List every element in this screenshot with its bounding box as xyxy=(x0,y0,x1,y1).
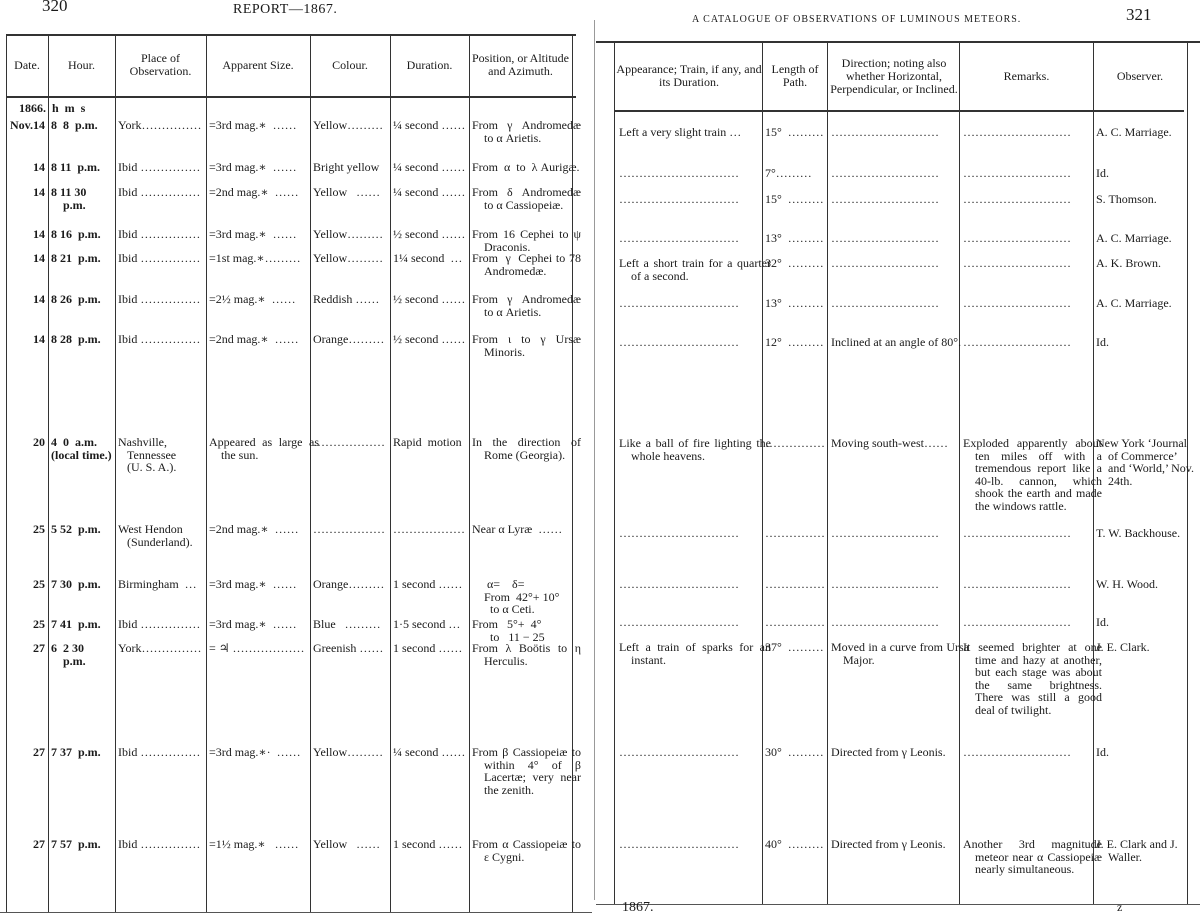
right-header-3: Remarks. xyxy=(960,44,1093,108)
left-cell-place: West Hendon (Sunderland). xyxy=(118,523,203,548)
left-cell-place: Nashville, Tennessee (U. S. A.). xyxy=(118,436,203,474)
right-cell-length: 32° ……… xyxy=(765,257,837,270)
left-header-label: Position, or Altitude and Azimuth. xyxy=(469,52,572,78)
right-cell-appearance: ………………………… xyxy=(619,167,759,180)
right-cell-direction: ……………………… xyxy=(831,257,957,270)
hour-units: h m s xyxy=(52,102,112,115)
right-cell-direction: ……………………… xyxy=(831,297,957,310)
header-bottom-rule xyxy=(6,96,576,98)
left-cell-place: Ibid …………… xyxy=(118,333,203,346)
left-cell-position: From 5°+ 4° to 11 − 25 xyxy=(472,618,581,643)
right-cell-observer: J. E. Clark. xyxy=(1096,641,1196,654)
left-cell-size: =2½ mag.∗ …… xyxy=(209,293,307,306)
left-cell-date: 27 xyxy=(9,746,45,759)
left-cell-position: From 16 Cephei to ψ Draconis. xyxy=(472,228,581,253)
right-header-label: Length of Path. xyxy=(762,63,828,89)
right-header-label: Direction; noting also whether Horizonta… xyxy=(828,57,960,96)
left-cell-size: =3rd mag.∗ …… xyxy=(209,618,307,631)
left-cell-colour: Yellow……… xyxy=(313,119,387,132)
right-header-label: Appearance; Train, if any, and its Durat… xyxy=(616,63,762,89)
left-cell-duration: ¼ second …… xyxy=(393,119,466,132)
right-cell-direction: Inclined at an angle of 80°. xyxy=(831,336,969,349)
running-head-right: A CATALOGUE OF OBSERVATIONS OF LUMINOUS … xyxy=(692,10,1021,26)
left-cell-duration: 1 second …… xyxy=(393,578,466,591)
right-cell-length: 40° ……… xyxy=(765,838,837,851)
left-cell-date: 14 xyxy=(9,186,45,199)
table-top-rule-right xyxy=(596,41,1200,43)
left-cell-duration: 1 second …… xyxy=(393,838,466,851)
right-cell-appearance: ………………………… xyxy=(619,336,759,349)
right-cell-length: …………… xyxy=(765,578,825,591)
right-cell-appearance: ………………………… xyxy=(619,838,759,851)
right-cell-direction: Directed from γ Leonis. xyxy=(831,838,969,851)
right-header-label: Remarks. xyxy=(1004,70,1050,83)
left-cell-duration: ½ second …… xyxy=(393,333,466,346)
right-cell-observer: New York ‘Journal of Commerce’ and ‘Worl… xyxy=(1096,437,1196,487)
left-cell-place: York…………… xyxy=(118,119,203,132)
left-cell-colour: Yellow……… xyxy=(313,228,387,241)
left-cell-hour: 7 57 p.m. xyxy=(51,838,112,851)
right-header-0: Appearance; Train, if any, and its Durat… xyxy=(616,44,762,108)
left-cell-size: =3rd mag.∗· …… xyxy=(209,746,307,759)
left-cell-date: Nov.14 xyxy=(9,119,45,132)
right-cell-remarks: ……………………… xyxy=(963,336,1090,349)
left-cell-size: Appeared as large as the sun. xyxy=(209,436,319,461)
left-column-rule xyxy=(115,34,116,912)
table-bottom-rule-right xyxy=(596,904,1200,905)
right-cell-observer: A. C. Marriage. xyxy=(1096,297,1196,310)
left-cell-hour: 7 30 p.m. xyxy=(51,578,112,591)
right-cell-length: 13° ……… xyxy=(765,297,837,310)
left-header-label: Colour. xyxy=(332,59,368,72)
left-cell-hour: 8 8 p.m. xyxy=(51,119,112,132)
right-cell-appearance: ………………………… xyxy=(619,527,759,540)
left-header-label: Date. xyxy=(14,59,40,72)
right-cell-appearance: Left a train of sparks for an instant. xyxy=(619,641,771,666)
year-label: 1866. xyxy=(10,102,46,115)
right-cell-appearance: ………………………… xyxy=(619,232,759,245)
left-cell-colour: Orange……… xyxy=(313,578,387,591)
right-cell-observer: A. C. Marriage. xyxy=(1096,232,1196,245)
left-cell-colour: Blue ……… xyxy=(313,618,387,631)
left-header-3: Apparent Size. xyxy=(206,36,310,94)
left-cell-place: Ibid …………… xyxy=(118,293,203,306)
left-header-5: Duration. xyxy=(390,36,469,94)
left-cell-colour: ……………… xyxy=(313,523,387,536)
right-cell-observer: Id. xyxy=(1096,336,1196,349)
left-cell-position: From λ Boötis to η Herculis. xyxy=(472,642,581,667)
left-cell-duration: ¼ second …… xyxy=(393,746,466,759)
right-cell-direction: ……………………… xyxy=(831,578,957,591)
left-cell-size: =3rd mag.∗ …… xyxy=(209,578,307,591)
right-cell-length: 15° ……… xyxy=(765,193,837,206)
left-cell-colour: Bright yellow xyxy=(313,161,387,174)
right-cell-remarks: ……………………… xyxy=(963,746,1090,759)
right-cell-length: …………… xyxy=(765,616,825,629)
left-cell-colour: Yellow……… xyxy=(313,252,387,265)
right-cell-appearance: Like a ball of fire lighting the whole h… xyxy=(619,437,771,462)
left-cell-position: From ι to γ Ursæ Minoris. xyxy=(472,333,581,358)
signature-year: 1867. xyxy=(622,900,654,916)
left-cell-place: Ibid …………… xyxy=(118,186,203,199)
left-cell-hour: 8 11 30 p.m. xyxy=(51,186,112,211)
left-cell-colour: Yellow …… xyxy=(313,186,387,199)
left-cell-position: From α to λ Aurigæ. xyxy=(472,161,581,174)
left-cell-place: Ibid …………… xyxy=(118,618,203,631)
right-cell-appearance: ………………………… xyxy=(619,616,759,629)
left-cell-hour: 4 0 a.m. (local time.) xyxy=(51,436,112,461)
left-cell-place: York…………… xyxy=(118,642,203,655)
left-column-rule xyxy=(6,34,7,912)
left-cell-size: =1st mag.∗……… xyxy=(209,252,307,265)
left-cell-hour: 8 11 p.m. xyxy=(51,161,112,174)
right-column-rule xyxy=(762,41,763,904)
left-cell-date: 14 xyxy=(9,293,45,306)
left-cell-colour: Orange……… xyxy=(313,333,387,346)
right-cell-remarks: ……………………… xyxy=(963,167,1090,180)
left-cell-hour: 8 16 p.m. xyxy=(51,228,112,241)
left-column-rule xyxy=(206,34,207,912)
left-header-label: Place of Observation. xyxy=(115,52,206,78)
left-cell-size: =3rd mag.∗ …… xyxy=(209,228,307,241)
left-cell-date: 14 xyxy=(9,333,45,346)
left-cell-date: 25 xyxy=(9,618,45,631)
left-cell-hour: 7 41 p.m. xyxy=(51,618,112,631)
signature-mark: z xyxy=(1117,900,1122,915)
left-cell-duration: ¼ second …… xyxy=(393,186,466,199)
right-cell-remarks: ……………………… xyxy=(963,297,1090,310)
right-cell-observer: T. W. Backhouse. xyxy=(1096,527,1196,540)
left-cell-hour: 7 37 p.m. xyxy=(51,746,112,759)
right-header-1: Length of Path. xyxy=(762,44,828,108)
right-cell-observer: W. H. Wood. xyxy=(1096,578,1196,591)
left-cell-position: Near α Lyræ …… xyxy=(472,523,581,536)
right-cell-appearance: ………………………… xyxy=(619,746,759,759)
right-cell-remarks: ……………………… xyxy=(963,193,1090,206)
left-page: 320 REPORT—1867. Date.Hour.Place of Obse… xyxy=(0,0,592,920)
right-cell-remarks: ……………………… xyxy=(963,578,1090,591)
right-cell-length: 30° ……… xyxy=(765,746,837,759)
left-column-rule xyxy=(390,34,391,912)
left-cell-date: 25 xyxy=(9,578,45,591)
left-cell-position: From α Cassiopeiæ to ε Cygni. xyxy=(472,838,581,863)
left-cell-size: =3rd mag.∗ …… xyxy=(209,119,307,132)
right-cell-observer: S. Thomson. xyxy=(1096,193,1196,206)
left-cell-hour: 8 28 p.m. xyxy=(51,333,112,346)
left-cell-date: 20 xyxy=(9,436,45,449)
running-head-right-text: A CATALOGUE OF OBSERVATIONS OF LUMINOUS … xyxy=(692,14,1021,25)
left-cell-place: Ibid …………… xyxy=(118,161,203,174)
right-cell-observer: A. C. Marriage. xyxy=(1096,126,1196,139)
right-cell-length: 15° ……… xyxy=(765,126,837,139)
left-cell-position: From γ Andromedæ to α Arietis. xyxy=(472,293,581,318)
left-cell-position: From β Cassiopeiæ to within 4° of β Lace… xyxy=(472,746,581,796)
right-cell-direction: Directed from γ Leonis. xyxy=(831,746,969,759)
right-cell-length: 13° ……… xyxy=(765,232,837,245)
right-header-label: Observer. xyxy=(1117,70,1163,83)
left-cell-position: From δ Andromedæ to α Cassiopeiæ. xyxy=(472,186,581,211)
right-cell-direction: ……………………… xyxy=(831,126,957,139)
left-cell-position: From γ Andromedæ to α Arietis. xyxy=(472,119,581,144)
gutter-line xyxy=(594,20,595,900)
left-cell-date: 14 xyxy=(9,228,45,241)
left-column-rule xyxy=(469,34,470,912)
left-cell-size: =3rd mag.∗ …… xyxy=(209,161,307,174)
left-cell-colour: Greenish …… xyxy=(313,642,387,655)
right-cell-length: 12° ……… xyxy=(765,336,837,349)
header-bottom-rule-right xyxy=(614,110,1184,112)
right-header-4: Observer. xyxy=(1093,44,1187,108)
right-header-2: Direction; noting also whether Horizonta… xyxy=(828,44,960,108)
left-cell-place: Ibid …………… xyxy=(118,252,203,265)
left-cell-duration: Rapid motion xyxy=(393,436,466,449)
left-column-rule xyxy=(310,34,311,912)
left-header-label: Hour. xyxy=(68,59,95,72)
running-head-left-text: REPORT—1867. xyxy=(233,2,337,17)
right-page: A CATALOGUE OF OBSERVATIONS OF LUMINOUS … xyxy=(596,0,1200,920)
page-number-left: 320 xyxy=(42,0,68,16)
left-cell-duration: 1 second …… xyxy=(393,642,466,655)
left-cell-position: In the direction of Rome (Georgia). xyxy=(472,436,581,461)
right-cell-remarks: ……………………… xyxy=(963,257,1090,270)
right-cell-length: …………… xyxy=(765,527,825,540)
left-cell-size: =2nd mag.∗ …… xyxy=(209,186,307,199)
right-cell-direction: Moved in a curve from Ursa Major. xyxy=(831,641,969,666)
left-header-label: Apparent Size. xyxy=(222,59,293,72)
left-cell-size: = ♃ ……………… xyxy=(209,642,307,655)
left-cell-date: 25 xyxy=(9,523,45,536)
right-cell-observer: Id. xyxy=(1096,167,1196,180)
right-cell-direction: ……………………… xyxy=(831,167,957,180)
left-header-6: Position, or Altitude and Azimuth. xyxy=(469,36,572,94)
left-cell-duration: ½ second …… xyxy=(393,293,466,306)
right-cell-length: 37° ……… xyxy=(765,641,837,654)
left-cell-position: α= δ= From 42°+ 10° to α Ceti. xyxy=(472,578,581,616)
left-cell-size: =2nd mag.∗ …… xyxy=(209,333,307,346)
left-cell-date: 27 xyxy=(9,642,45,655)
left-cell-place: Ibid …………… xyxy=(118,746,203,759)
left-cell-duration: ½ second …… xyxy=(393,228,466,241)
right-cell-appearance: ………………………… xyxy=(619,193,759,206)
left-header-0: Date. xyxy=(6,36,48,94)
left-cell-date: 14 xyxy=(9,252,45,265)
left-cell-place: Ibid …………… xyxy=(118,228,203,241)
right-cell-remarks: It seemed brighter at one time and hazy … xyxy=(963,641,1102,716)
right-cell-remarks: Another 3rd magnitude meteor near α Cass… xyxy=(963,838,1102,876)
left-cell-place: Ibid …………… xyxy=(118,838,203,851)
right-cell-direction: ……………………… xyxy=(831,232,957,245)
right-cell-remarks: Exploded apparently about ten miles off … xyxy=(963,437,1102,512)
left-cell-hour: 5 52 p.m. xyxy=(51,523,112,536)
left-cell-hour: 6 2 30 p.m. xyxy=(51,642,112,667)
right-cell-remarks: ……………………… xyxy=(963,527,1090,540)
left-cell-duration: 1·5 second … xyxy=(393,618,466,631)
right-cell-length: 7°……… xyxy=(765,167,837,180)
left-cell-date: 27 xyxy=(9,838,45,851)
left-cell-position: From γ Cephei to 78 Andromedæ. xyxy=(472,252,581,277)
left-cell-colour: ……………… xyxy=(313,436,387,449)
left-cell-colour: Yellow……… xyxy=(313,746,387,759)
right-column-rule xyxy=(614,41,615,904)
left-header-2: Place of Observation. xyxy=(115,36,206,94)
left-header-4: Colour. xyxy=(310,36,390,94)
left-cell-colour: Yellow …… xyxy=(313,838,387,851)
left-cell-hour: 8 26 p.m. xyxy=(51,293,112,306)
left-cell-duration: ……………… xyxy=(393,523,466,536)
right-cell-appearance: ………………………… xyxy=(619,297,759,310)
right-cell-remarks: ……………………… xyxy=(963,126,1090,139)
right-cell-observer: Id. xyxy=(1096,746,1196,759)
right-cell-direction: Moving south-west…… xyxy=(831,437,969,450)
right-cell-observer: J. E. Clark and J. Waller. xyxy=(1096,838,1196,863)
table-bottom-rule xyxy=(0,912,592,913)
left-cell-size: =2nd mag.∗ …… xyxy=(209,523,307,536)
left-cell-duration: ¼ second …… xyxy=(393,161,466,174)
right-cell-observer: Id. xyxy=(1096,616,1196,629)
left-cell-place: Birmingham … xyxy=(118,578,203,591)
left-header-label: Duration. xyxy=(407,59,453,72)
left-cell-hour: 8 21 p.m. xyxy=(51,252,112,265)
right-cell-appearance: ………………………… xyxy=(619,578,759,591)
left-cell-colour: Reddish …… xyxy=(313,293,387,306)
right-cell-length: …………… xyxy=(765,437,825,450)
left-header-1: Hour. xyxy=(48,36,115,94)
right-cell-remarks: ……………………… xyxy=(963,616,1090,629)
right-cell-remarks: ……………………… xyxy=(963,232,1090,245)
right-cell-appearance: Left a short train for a quarter of a se… xyxy=(619,257,771,282)
left-cell-date: 14 xyxy=(9,161,45,174)
left-column-rule xyxy=(48,34,49,912)
left-cell-size: =1½ mag.∗ …… xyxy=(209,838,307,851)
right-cell-direction: ……………………… xyxy=(831,616,957,629)
right-cell-appearance: Left a very slight train … xyxy=(619,126,771,139)
right-cell-direction: ……………………… xyxy=(831,193,957,206)
running-head-left: REPORT—1867. xyxy=(233,2,337,18)
right-column-rule xyxy=(959,41,960,904)
page-number-right: 321 xyxy=(1126,5,1152,25)
left-cell-duration: 1¼ second … xyxy=(393,252,466,265)
right-cell-direction: ……………………… xyxy=(831,527,957,540)
right-cell-observer: A. K. Brown. xyxy=(1096,257,1196,270)
